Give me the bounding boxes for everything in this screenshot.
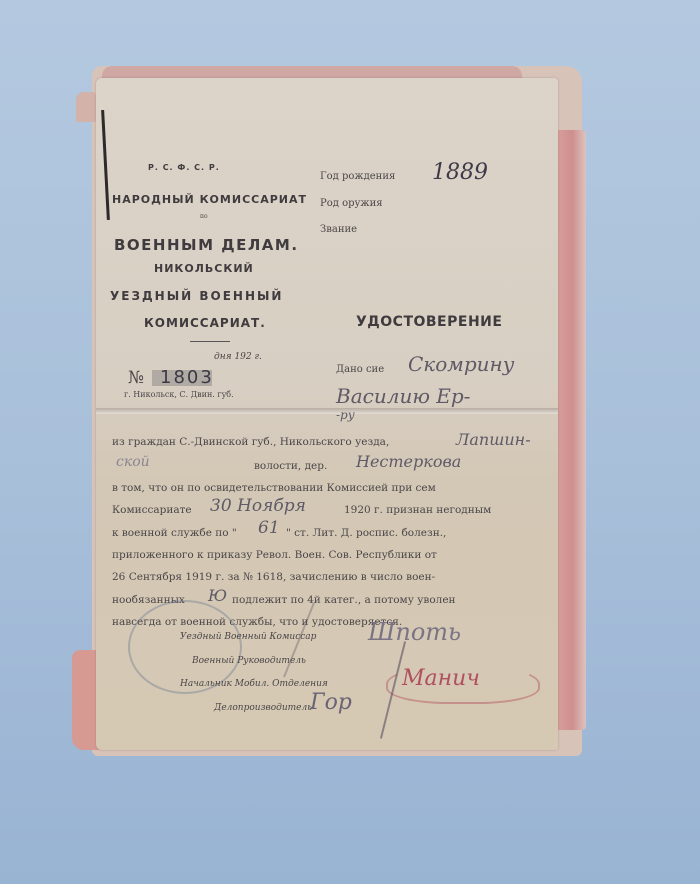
torn-corner-top [76,92,96,122]
body-line-2: волости, дер. [254,460,327,472]
address-line: г. Никольск, С. Двин. губ. [124,390,234,399]
signature-1: Шпоть [368,618,461,646]
military-affairs-line: ВОЕННЫМ ДЕЛАМ. [114,236,299,254]
body-line-4b: 1920 г. признан негодным [344,504,491,516]
paper-fold-line [96,408,558,414]
rsfsr-header: Р. С. Ф. С. Р. [148,163,220,172]
sig-label-clerk: Делопроизводитель [214,703,312,713]
birth-year-label: Год рождения [320,171,395,182]
body-hand-village: Нестеркова [356,452,461,471]
body-line-6: приложенного к приказу Револ. Воен. Сов.… [112,549,437,561]
header-po: по [200,213,208,220]
commissariat-line-2: КОМИССАРИАТ. [144,316,266,330]
number-label: № [128,368,144,388]
body-hand-volost-2: ской [116,454,150,470]
body-line-5b: " ст. Лит. Д. роспис. болезн., [286,527,446,539]
issued-to-label: Дано сие [336,364,384,375]
issued-to-name-2: Василию Ер- [336,384,470,408]
issued-to-name-3: -ру [336,408,355,422]
uyezd-military-line: УЕЗДНЫЙ ВОЕННЫЙ [110,289,283,303]
header-divider [190,341,230,342]
nikolsky-line: НИКОЛЬСКИЙ [154,262,254,275]
body-hand-category: Ю [208,586,227,605]
birth-year-value: 1889 [432,160,488,185]
rank-label: Звание [320,224,357,235]
body-hand-article: 61 [258,518,280,538]
body-line-1: из граждан С.-Двинской губ., Никольского… [112,436,389,448]
date-line: дня 192 г. [214,352,262,362]
sig-label-mobil-head: Начальник Мобил. Отделения [180,679,328,689]
body-line-4a: Комиссариате [112,504,192,516]
body-line-7: 26 Сентября 1919 г. за № 1618, зачислени… [112,571,435,583]
signature-3: Гор [310,690,352,715]
commissariat-line: НАРОДНЫЙ КОМИССАРИАТ [112,193,307,206]
body-hand-date: 30 Ноября [210,496,306,516]
body-hand-volost: Лапшин- [456,430,531,449]
issued-to-name-1: Скомрину [408,352,514,376]
body-line-8b: подлежит по 4й катег., а потому уволен [232,594,456,606]
document-title: УДОСТОВЕРЕНИЕ [356,314,502,330]
body-line-5a: к военной службе по " [112,527,237,539]
number-value: 1803 [160,367,214,388]
sig-label-commissar: Уездный Военный Комиссар [180,632,316,642]
body-line-3: в том, что он по освидетельствовании Ком… [112,482,436,494]
signature-flourish [386,664,540,704]
service-branch-label: Род оружия [320,198,383,209]
